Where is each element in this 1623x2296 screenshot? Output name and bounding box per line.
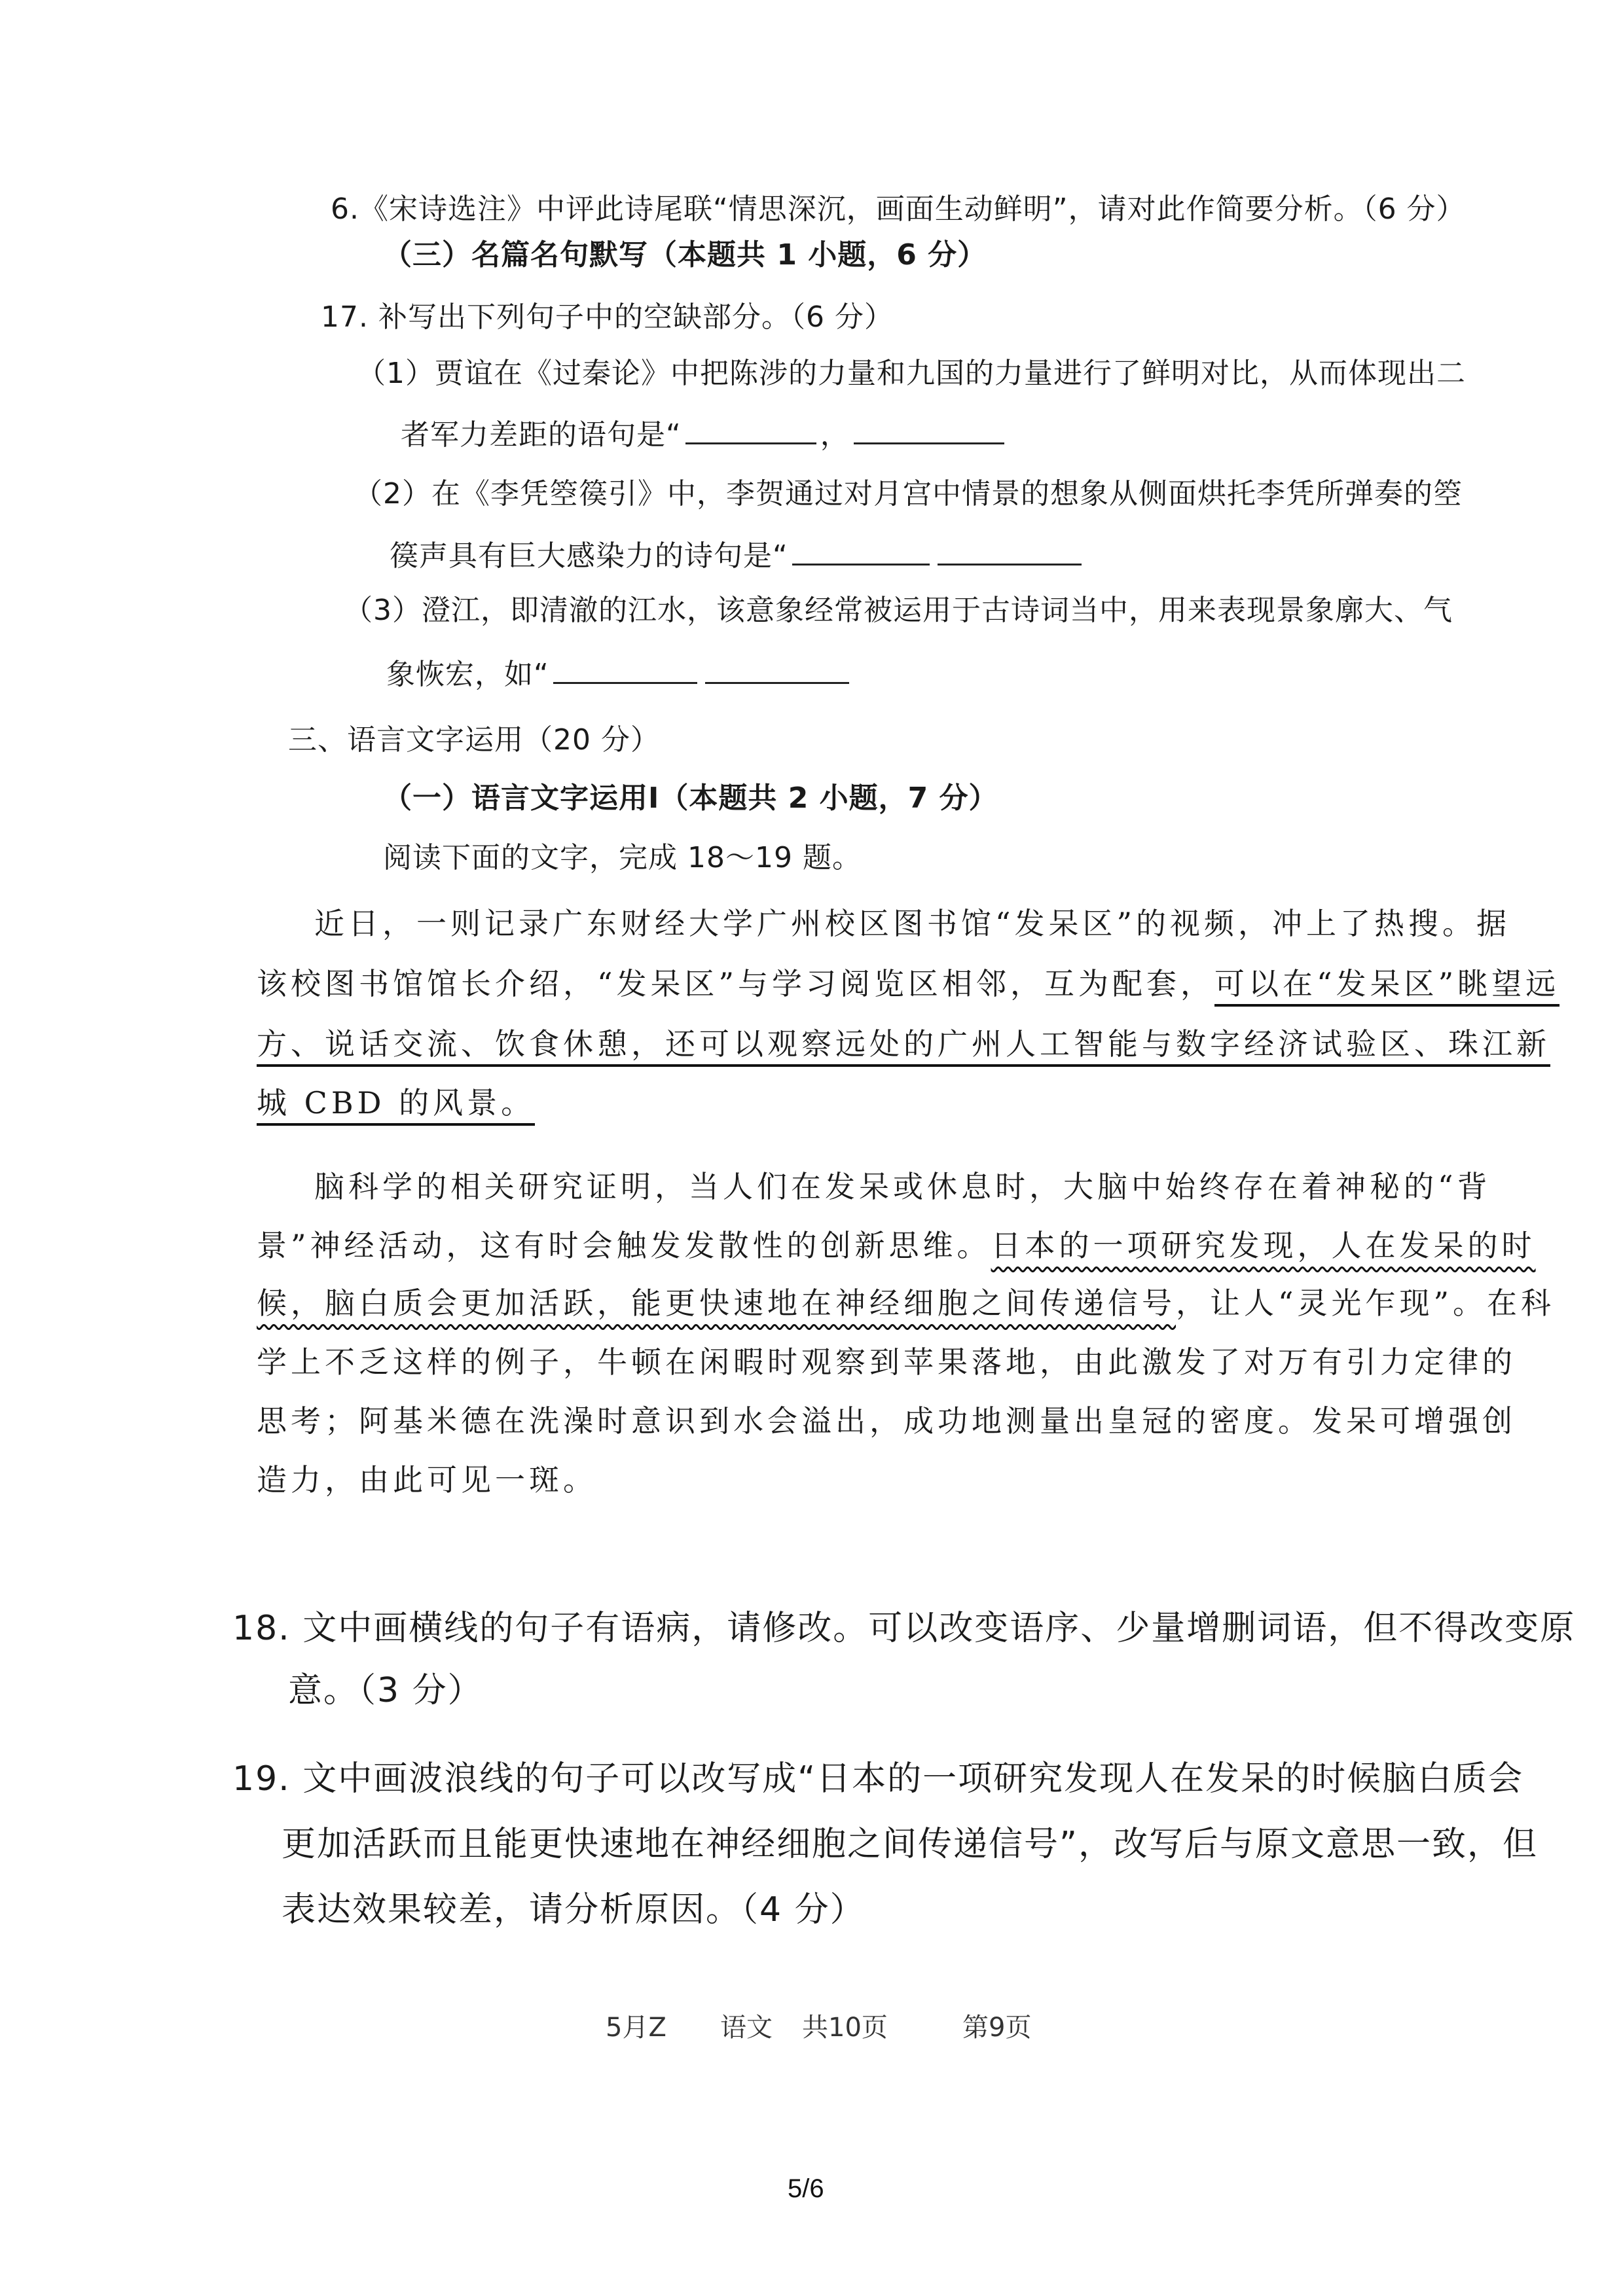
passage-p2-line-3-plain: ，让人“灵光乍现”。在科 <box>1176 1285 1555 1321</box>
blank-separator: ， <box>820 418 850 452</box>
section-heading-mingpian: （三）名篇名句默写（本题共 1 小题，6 分） <box>383 237 987 274</box>
underlined-sentence-part-1: 可以在“发呆区”眺望远 <box>1214 966 1559 1007</box>
question-17-item-1-line-1: （1）贾谊在《过秦论》中把陈涉的力量和九国的力量进行了鲜明对比，从而体现出二 <box>357 355 1466 392</box>
answer-blank-3b[interactable] <box>705 657 849 684</box>
exam-footer-subject: 语文 <box>720 2007 773 2044</box>
exam-footer-current-page: 第9页 <box>962 2007 1031 2044</box>
passage-p1-line-2-plain: 该校图书馆馆长介绍，“发呆区”与学习阅览区相邻，互为配套， <box>257 966 1214 1001</box>
passage-p1-line-4: 城 CBD 的风景。 <box>257 1085 535 1121</box>
passage-p1-line-2: 该校图书馆馆长介绍，“发呆区”与学习阅览区相邻，互为配套，可以在“发呆区”眺望远 <box>257 965 1559 1002</box>
subsection-heading-language-use-1: （一）语言文字运用Ⅰ（本题共 2 小题，7 分） <box>383 780 998 817</box>
question-17-item-3-prefix: 象恢宏，如“ <box>386 658 549 691</box>
question-19-line-2: 更加活跃而且能更快速地在神经细胞之间传递信号”，改写后与原文意思一致，但 <box>282 1826 1538 1863</box>
passage-p1-line-1: 近日，一则记录广东财经大学广州校区图书馆“发呆区”的视频，冲上了热搜。据 <box>314 905 1510 942</box>
passage-p2-line-2: 景”神经活动，这有时会触发发散性的创新思维。日本的一项研究发现，人在发呆的时 <box>257 1227 1536 1264</box>
question-17-item-2-line-1: （2）在《李凭箜篌引》中，李贺通过对月宫中情景的想象从侧面烘托李凭所弹奏的箜 <box>354 476 1463 512</box>
passage-p2-line-3: 候，脑白质会更加活跃，能更快速地在神经细胞之间传递信号，让人“灵光乍现”。在科 <box>257 1285 1555 1321</box>
question-17-stem: 17. 补写出下列句子中的空缺部分。（6 分） <box>321 299 894 336</box>
passage-p1-line-3: 方、说话交流、饮食休憩，还可以观察远处的广州人工智能与数字经济试验区、珠江新 <box>257 1026 1550 1062</box>
wavy-sentence-part-2: 候，脑白质会更加活跃，能更快速地在神经细胞之间传递信号 <box>257 1285 1176 1321</box>
question-17-item-3-line-1: （3）澄江，即清澈的江水，该意象经常被运用于古诗词当中，用来表现景象廓大、气 <box>344 592 1453 629</box>
pdf-page-indicator: 5/6 <box>788 2174 824 2204</box>
question-17-item-2-prefix: 篌声具有巨大感染力的诗句是“ <box>390 539 788 573</box>
passage-p2-line-2-plain: 景”神经活动，这有时会触发发散性的创新思维。 <box>257 1228 991 1263</box>
question-18-line-2: 意。（3 分） <box>288 1672 483 1709</box>
underlined-sentence-part-3: 城 CBD 的风景。 <box>257 1085 535 1126</box>
exam-footer-total-pages: 共10页 <box>802 2007 888 2044</box>
reading-instruction: 阅读下面的文字，完成 18～19 题。 <box>383 840 862 876</box>
question-19-line-3: 表达效果较差，请分析原因。（4 分） <box>282 1892 866 1928</box>
wavy-sentence-part-1: 日本的一项研究发现，人在发呆的时 <box>991 1228 1536 1263</box>
question-18-line-1: 18. 文中画横线的句子有语病，请修改。可以改变语序、少量增删词语，但不得改变原 <box>232 1610 1575 1647</box>
answer-blank-1a[interactable] <box>685 418 816 444</box>
question-17-item-3-line-2: 象恢宏，如“ <box>386 656 853 693</box>
underlined-sentence-part-2: 方、说话交流、饮食休憩，还可以观察远处的广州人工智能与数字经济试验区、珠江新 <box>257 1026 1550 1067</box>
question-17-item-1-line-2: 者军力差距的语句是“， <box>401 417 1008 454</box>
exam-footer-code: 5月Z <box>606 2007 666 2044</box>
answer-blank-1b[interactable] <box>854 418 1004 444</box>
section-heading-language-use: 三、语言文字运用（20 分） <box>288 722 660 759</box>
passage-p2-line-5: 思考；阿基米德在洗澡时意识到水会溢出，成功地测量出皇冠的密度。发呆可增强创 <box>257 1403 1516 1439</box>
passage-p2-line-1: 脑科学的相关研究证明，当人们在发呆或休息时，大脑中始终存在着神秘的“背 <box>314 1168 1491 1205</box>
question-17-item-2-line-2: 篌声具有巨大感染力的诗句是“ <box>390 538 1085 575</box>
question-17-item-1-prefix: 者军力差距的语句是“ <box>401 418 682 452</box>
answer-blank-2a[interactable] <box>792 539 930 565</box>
question-16: 6.《宋诗选注》中评此诗尾联“情思深沉，画面生动鲜明”，请对此作简要分析。（6 … <box>331 191 1466 228</box>
passage-p2-line-4: 学上不乏这样的例子，牛顿在闲暇时观察到苹果落地，由此激发了对万有引力定律的 <box>257 1344 1516 1380</box>
question-19-line-1: 19. 文中画波浪线的句子可以改写成“日本的一项研究发现人在发呆的时候脑白质会 <box>232 1761 1523 1797</box>
answer-blank-3a[interactable] <box>553 657 697 684</box>
answer-blank-2b[interactable] <box>938 539 1082 565</box>
passage-p2-line-6: 造力，由此可见一斑。 <box>257 1462 597 1498</box>
